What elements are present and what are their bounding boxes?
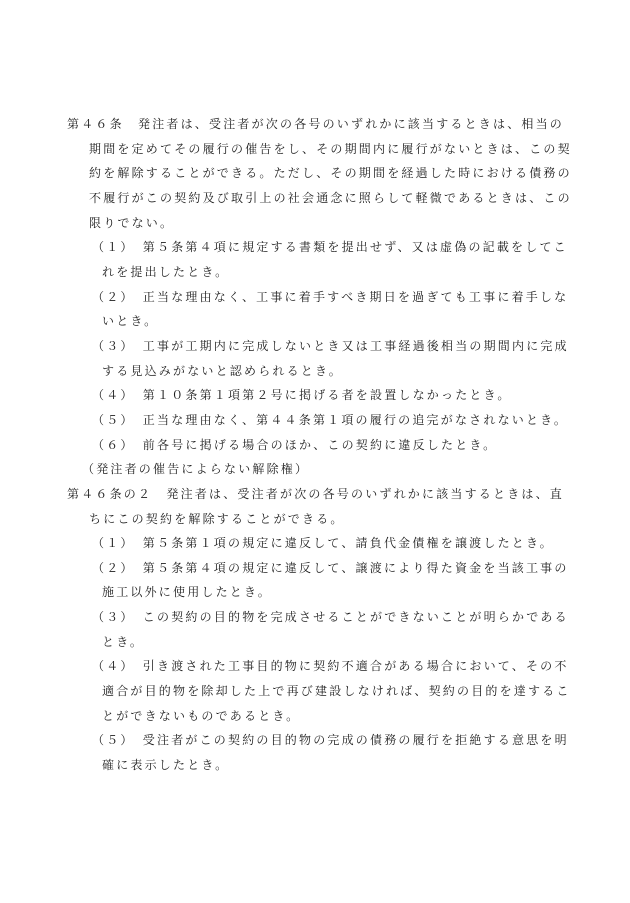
text-line: （１） 第５条第４項に規定する書類を提出せず、又は虚偽の記載をしてこ: [92, 235, 630, 260]
text-line: 確に表示したとき。: [102, 753, 630, 778]
text-line: （４） 引き渡された工事目的物に契約不適合がある場合において、その不: [92, 654, 630, 679]
text-line: とができないものであるとき。: [102, 704, 630, 729]
text-line: 施工以外に使用したとき。: [102, 580, 630, 605]
text-line: （１） 第５条第１項の規定に違反して、請負代金債権を譲渡したとき。: [92, 531, 630, 556]
text-line: いとき。: [102, 309, 630, 334]
text-line: （３） 工事が工期内に完成しないとき又は工事経過後相当の期間内に完成: [92, 334, 630, 359]
text-line: 適合が目的物を除却した上で再び建設しなければ、契約の目的を達するこ: [102, 679, 630, 704]
text-line: （５） 受注者がこの契約の目的物の完成の債務の履行を拒絶する意思を明: [92, 728, 630, 753]
text-line: 不履行がこの契約及び取引上の社会通念に照らして軽微であるときは、この: [89, 186, 630, 211]
text-line: （３） この契約の目的物を完成させることができないことが明らかである: [92, 605, 630, 630]
text-line: 第４６条 発注者は、受注者が次の各号のいずれかに該当するときは、相当の: [67, 112, 630, 137]
text-line: れを提出したとき。: [102, 260, 630, 285]
text-line: （２） 第５条第４項の規定に違反して、譲渡により得た資金を当該工事の: [92, 556, 630, 581]
text-line: （２） 正当な理由なく、工事に着手すべき期日を過ぎても工事に着手しな: [92, 285, 630, 310]
contract-document-page: 第４６条 発注者は、受注者が次の各号のいずれかに該当するときは、相当の期間を定め…: [0, 0, 630, 903]
text-line: ちにこの契約を解除することができる。: [89, 507, 630, 532]
text-line: 限りでない。: [89, 211, 630, 236]
document-body: 第４６条 発注者は、受注者が次の各号のいずれかに該当するときは、相当の期間を定め…: [0, 112, 630, 778]
text-line: 約を解除することができる。ただし、その期間を経過した時における債務の: [89, 161, 630, 186]
text-line: 第４６条の２ 発注者は、受注者が次の各号のいずれかに該当するときは、直: [67, 482, 630, 507]
text-line: とき。: [102, 630, 630, 655]
text-line: （６） 前各号に掲げる場合のほか、この契約に違反したとき。: [92, 433, 630, 458]
text-line: （発注者の催告によらない解除権）: [82, 457, 630, 482]
text-line: 期間を定めてその履行の催告をし、その期間内に履行がないときは、この契: [89, 137, 630, 162]
text-line: （５） 正当な理由なく、第４４条第１項の履行の追完がなされないとき。: [92, 408, 630, 433]
text-line: する見込みがないと認められるとき。: [102, 359, 630, 384]
text-line: （４） 第１０条第１項第２号に掲げる者を設置しなかったとき。: [92, 383, 630, 408]
